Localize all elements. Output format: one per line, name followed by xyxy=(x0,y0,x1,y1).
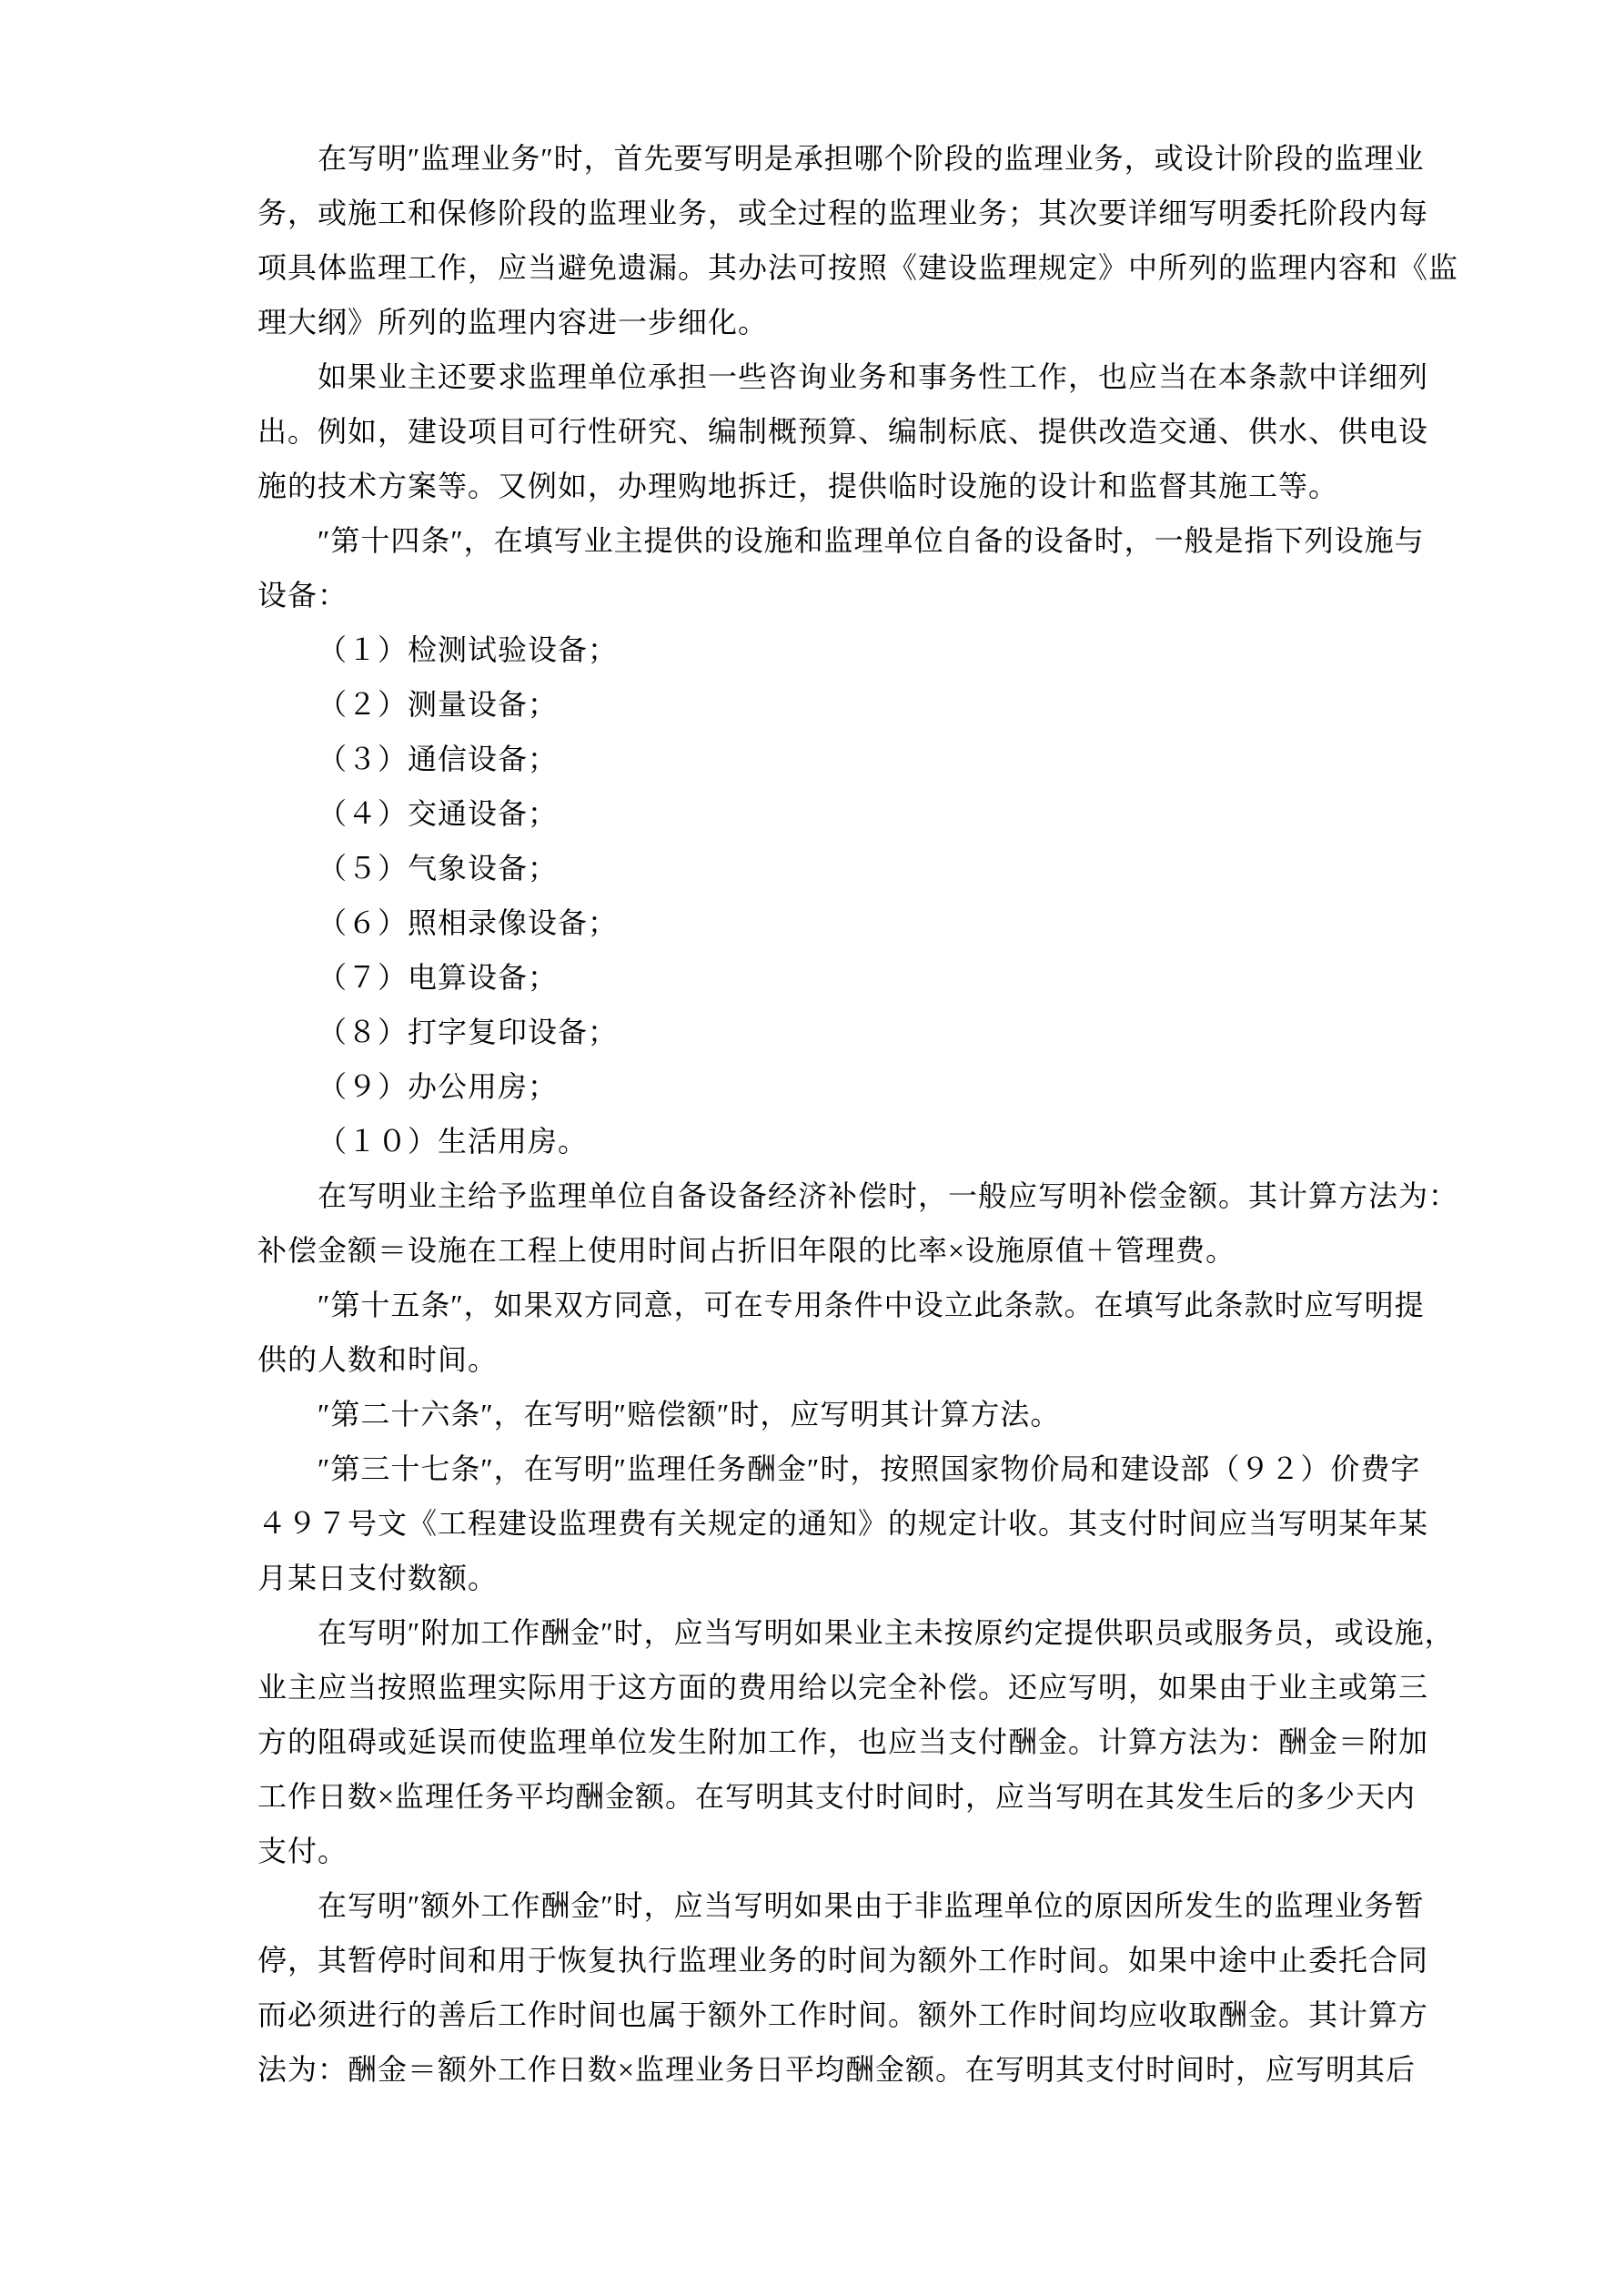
text-line: ″第十四条″，在填写业主提供的设施和监理单位自备的设备时，一般是指下列设施与 xyxy=(257,513,1431,568)
text-line: （１０）生活用房。 xyxy=(257,1114,1431,1168)
text-line: （４）交通设备； xyxy=(257,786,1431,841)
document-body: 在写明″监理业务″时，首先要写明是承担哪个阶段的监理业务，或设计阶段的监理业务，… xyxy=(257,131,1431,2097)
paragraph-12: （９）办公用房； xyxy=(257,1059,1431,1114)
text-line: 理大纲》所列的监理内容进一步细化。 xyxy=(257,295,1431,349)
text-line: 供的人数和时间。 xyxy=(257,1332,1431,1387)
text-line: （１）检测试验设备； xyxy=(257,622,1431,677)
paragraph-13: （１０）生活用房。 xyxy=(257,1114,1431,1168)
text-line: 业主应当按照监理实际用于这方面的费用给以完全补偿。还应写明，如果由于业主或第三 xyxy=(257,1660,1431,1714)
text-line: 项具体监理工作，应当避免遗漏。其办法可按照《建设监理规定》中所列的监理内容和《监 xyxy=(257,240,1431,295)
text-line: 月某日支付数额。 xyxy=(257,1551,1431,1605)
paragraph-5: （２）测量设备； xyxy=(257,677,1431,732)
paragraph-11: （８）打字复印设备； xyxy=(257,1005,1431,1059)
paragraph-4: （１）检测试验设备； xyxy=(257,622,1431,677)
paragraph-6: （３）通信设备； xyxy=(257,732,1431,786)
paragraph-2: 如果业主还要求监理单位承担一些咨询业务和事务性工作，也应当在本条款中详细列出。例… xyxy=(257,349,1431,513)
paragraph-8: （５）气象设备； xyxy=(257,841,1431,895)
text-line: （６）照相录像设备； xyxy=(257,895,1431,950)
text-line: ４９７号文《工程建设监理费有关规定的通知》的规定计收。其支付时间应当写明某年某 xyxy=(257,1496,1431,1551)
text-line: 在写明″附加工作酬金″时，应当写明如果业主未按原约定提供职员或服务员，或设施， xyxy=(257,1605,1431,1660)
paragraph-19: 在写明″额外工作酬金″时，应当写明如果由于非监理单位的原因所发生的监理业务暂停，… xyxy=(257,1878,1431,2097)
text-line: 在写明业主给予监理单位自备设备经济补偿时，一般应写明补偿金额。其计算方法为： xyxy=(257,1168,1431,1223)
text-line: 出。例如，建设项目可行性研究、编制概预算、编制标底、提供改造交通、供水、供电设 xyxy=(257,404,1431,459)
text-line: （９）办公用房； xyxy=(257,1059,1431,1114)
text-line: 而必须进行的善后工作时间也属于额外工作时间。额外工作时间均应收取酬金。其计算方 xyxy=(257,1988,1431,2042)
text-line: 工作日数×监理任务平均酬金额。在写明其支付时间时，应当写明在其发生后的多少天内 xyxy=(257,1769,1431,1824)
text-line: （２）测量设备； xyxy=(257,677,1431,732)
paragraph-14: 在写明业主给予监理单位自备设备经济补偿时，一般应写明补偿金额。其计算方法为：补偿… xyxy=(257,1168,1431,1278)
text-line: （７）电算设备； xyxy=(257,950,1431,1005)
paragraph-9: （６）照相录像设备； xyxy=(257,895,1431,950)
text-line: 务，或施工和保修阶段的监理业务，或全过程的监理业务；其次要详细写明委托阶段内每 xyxy=(257,186,1431,240)
paragraph-17: ″第三十七条″，在写明″监理任务酬金″时，按照国家物价局和建设部（９２）价费字４… xyxy=(257,1441,1431,1605)
text-line: ″第三十七条″，在写明″监理任务酬金″时，按照国家物价局和建设部（９２）价费字 xyxy=(257,1441,1431,1496)
paragraph-16: ″第二十六条″，在写明″赔偿额″时，应写明其计算方法。 xyxy=(257,1387,1431,1441)
paragraph-10: （７）电算设备； xyxy=(257,950,1431,1005)
text-line: 法为：酬金＝额外工作日数×监理业务日平均酬金额。在写明其支付时间时，应写明其后 xyxy=(257,2042,1431,2097)
text-line: （３）通信设备； xyxy=(257,732,1431,786)
paragraph-15: ″第十五条″，如果双方同意，可在专用条件中设立此条款。在填写此条款时应写明提供的… xyxy=(257,1278,1431,1387)
text-line: （８）打字复印设备； xyxy=(257,1005,1431,1059)
paragraph-7: （４）交通设备； xyxy=(257,786,1431,841)
text-line: （５）气象设备； xyxy=(257,841,1431,895)
document-page: 在写明″监理业务″时，首先要写明是承担哪个阶段的监理业务，或设计阶段的监理业务，… xyxy=(0,0,1624,2296)
paragraph-3: ″第十四条″，在填写业主提供的设施和监理单位自备的设备时，一般是指下列设施与设备… xyxy=(257,513,1431,622)
paragraph-18: 在写明″附加工作酬金″时，应当写明如果业主未按原约定提供职员或服务员，或设施，业… xyxy=(257,1605,1431,1878)
text-line: 补偿金额＝设施在工程上使用时间占折旧年限的比率×设施原值＋管理费。 xyxy=(257,1223,1431,1278)
text-line: ″第十五条″，如果双方同意，可在专用条件中设立此条款。在填写此条款时应写明提 xyxy=(257,1278,1431,1332)
text-line: 支付。 xyxy=(257,1824,1431,1878)
paragraph-1: 在写明″监理业务″时，首先要写明是承担哪个阶段的监理业务，或设计阶段的监理业务，… xyxy=(257,131,1431,349)
text-line: 方的阻碍或延误而使监理单位发生附加工作，也应当支付酬金。计算方法为：酬金＝附加 xyxy=(257,1714,1431,1769)
text-line: 施的技术方案等。又例如，办理购地拆迁，提供临时设施的设计和监督其施工等。 xyxy=(257,459,1431,513)
text-line: 在写明″监理业务″时，首先要写明是承担哪个阶段的监理业务，或设计阶段的监理业 xyxy=(257,131,1431,186)
text-line: 停，其暂停时间和用于恢复执行监理业务的时间为额外工作时间。如果中途中止委托合同 xyxy=(257,1933,1431,1988)
text-line: 如果业主还要求监理单位承担一些咨询业务和事务性工作，也应当在本条款中详细列 xyxy=(257,349,1431,404)
text-line: ″第二十六条″，在写明″赔偿额″时，应写明其计算方法。 xyxy=(257,1387,1431,1441)
text-line: 在写明″额外工作酬金″时，应当写明如果由于非监理单位的原因所发生的监理业务暂 xyxy=(257,1878,1431,1933)
text-line: 设备： xyxy=(257,568,1431,622)
